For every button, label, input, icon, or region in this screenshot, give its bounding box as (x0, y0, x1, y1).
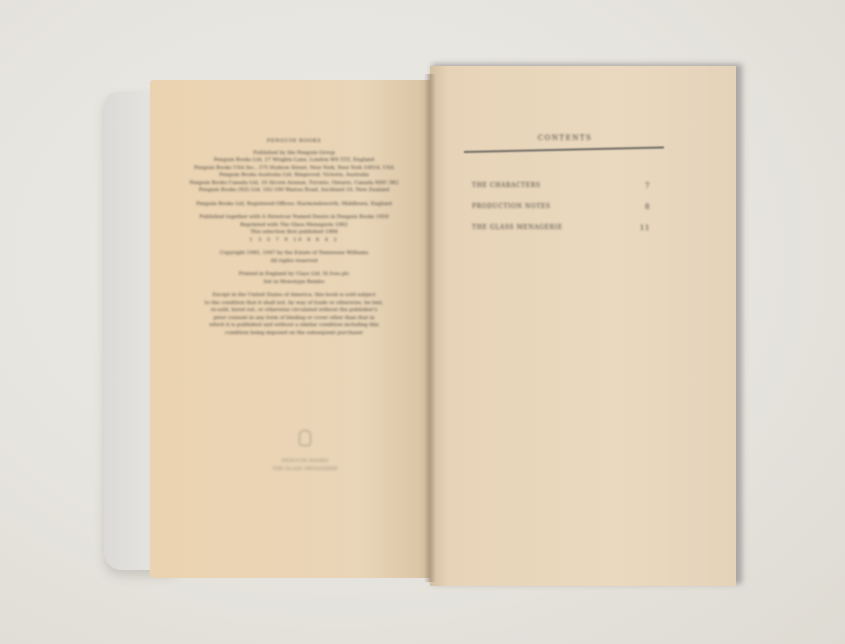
imprint-line: Penguin Books Ltd, Registered Offices: H… (168, 201, 420, 209)
colophon-line: PENGUIN BOOKS (200, 457, 410, 465)
contents-heading: CONTENTS (520, 134, 610, 142)
toc-entry-label: PRODUCTION NOTES (472, 203, 551, 224)
imprint-line: Printed in England by Clays Ltd, St Ives… (168, 271, 420, 279)
toc-entry-page: 11 (640, 224, 650, 245)
publisher-heading: PENGUIN BOOKS (168, 138, 420, 146)
imprint-line: This selection first published 1988 (168, 229, 420, 237)
toc-entry: THE CHARACTERS 7 (472, 182, 650, 203)
toc-entry-page: 7 (645, 182, 650, 203)
colophon-line: THE GLASS MENAGERIE (200, 465, 410, 473)
copyright-line: Copyright 1945, 1947 by the Estate of Te… (168, 250, 420, 258)
imprint-line: Published by the Penguin Group (168, 150, 420, 158)
imprint-line: which it is published and without a simi… (168, 322, 420, 330)
imprint-line: Except in the United States of America, … (168, 292, 420, 300)
imprint-line: Reprinted with The Glass Menagerie 1962 (168, 222, 420, 230)
book-gutter (424, 74, 436, 582)
imprint-line: prior consent in any form of binding or … (168, 315, 420, 323)
imprint-line: condition being imposed on the subsequen… (168, 330, 420, 338)
imprint-line: to the condition that it shall not, by w… (168, 300, 420, 308)
penguin-logo-icon (299, 430, 311, 446)
colophon: PENGUIN BOOKS THE GLASS MENAGERIE (200, 430, 410, 473)
imprint-line: Penguin Books Ltd, 27 Wrights Lane, Lond… (168, 157, 420, 165)
toc-entry: PRODUCTION NOTES 8 (472, 203, 650, 224)
imprint-line: Penguin Books USA Inc., 375 Hudson Stree… (168, 165, 420, 173)
toc-entry-label: THE CHARACTERS (472, 182, 541, 203)
imprint-block: PENGUIN BOOKS Published by the Penguin G… (168, 138, 420, 337)
printing-number-line: 1 3 5 7 9 10 8 6 4 2 (168, 237, 420, 245)
toc-entry: THE GLASS MENAGERIE 11 (472, 224, 650, 245)
table-of-contents: THE CHARACTERS 7 PRODUCTION NOTES 8 THE … (472, 182, 650, 245)
right-page (430, 66, 736, 586)
imprint-line: All rights reserved (168, 258, 420, 266)
toc-entry-page: 8 (645, 203, 650, 224)
imprint-line: Penguin Books Australia Ltd, Ringwood, V… (168, 172, 420, 180)
imprint-line: Penguin Books (NZ) Ltd, 182-190 Wairau R… (168, 187, 420, 195)
imprint-line: Published together with A Streetcar Name… (168, 214, 420, 222)
imprint-line: re-sold, hired out, or otherwise circula… (168, 307, 420, 315)
toc-entry-label: THE GLASS MENAGERIE (472, 224, 563, 245)
imprint-line: Penguin Books Canada Ltd, 10 Alcorn Aven… (168, 180, 420, 188)
imprint-line: Set in Monotype Bembo (168, 279, 420, 287)
photo-scene: PENGUIN BOOKS Published by the Penguin G… (0, 0, 845, 644)
